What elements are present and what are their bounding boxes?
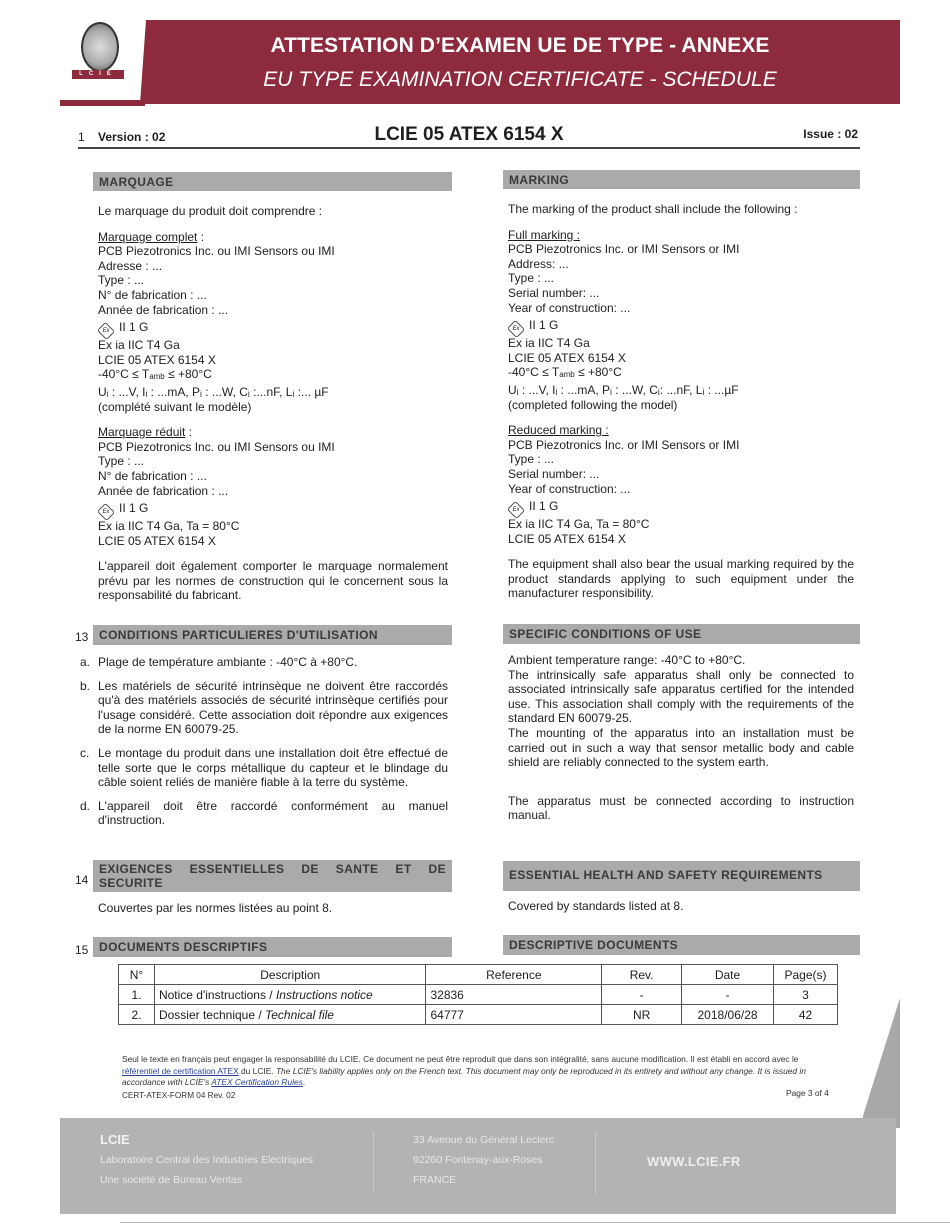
documents-table: N° Description Reference Rev. Date Page(… xyxy=(118,964,838,1025)
divider xyxy=(78,147,860,149)
header-accent xyxy=(60,100,145,106)
marking-fr: Le marquage du produit doit comprendre :… xyxy=(98,204,448,603)
title-en: EU TYPE EXAMINATION CERTIFICATE - SCHEDU… xyxy=(140,68,900,92)
footer-divider xyxy=(373,1132,374,1194)
section-number: 14 xyxy=(75,873,88,887)
page-curl xyxy=(860,998,900,1128)
section-heading-conditions-en: SPECIFIC CONDITIONS OF USE xyxy=(503,624,860,644)
section-heading-conditions-fr: CONDITIONS PARTICULIERES D'UTILISATION xyxy=(93,625,452,645)
section-heading-marking: MARKING xyxy=(503,170,860,189)
section-heading-requirements-en: ESSENTIAL HEALTH AND SAFETY REQUIREMENTS xyxy=(503,861,860,891)
table-row: 1. Notice d'instructions / Instructions … xyxy=(119,985,838,1005)
page-number: Page 3 of 4 xyxy=(786,1088,829,1098)
full-marking-title: Marquage complet xyxy=(98,230,197,244)
certificate-number: LCIE 05 ATEX 6154 X xyxy=(78,124,860,146)
disclaimer: Seul le texte en français peut engager l… xyxy=(122,1054,834,1089)
atex-rules-link[interactable]: ATEX Certification Rules xyxy=(211,1077,303,1087)
bureau-veritas-seal-icon xyxy=(81,22,119,72)
conditions-en: Ambient temperature range: -40°C to +80°… xyxy=(508,653,854,823)
list-item: a.Plage de température ambiante : -40°C … xyxy=(80,655,448,670)
line: Année de fabrication : ... xyxy=(98,303,448,318)
section-heading-requirements-fr: EXIGENCES ESSENTIELLES DE SANTE ET DE SE… xyxy=(93,860,452,892)
title-fr: ATTESTATION D’EXAMEN UE DE TYPE - ANNEXE xyxy=(140,34,900,58)
reduced-marking-title: Reduced marking : xyxy=(508,423,609,437)
logo-label: LCIE xyxy=(72,70,124,79)
section-number: 13 xyxy=(75,630,88,644)
website-link[interactable]: WWW.LCIE.FR xyxy=(647,1154,741,1169)
issue: Issue : 02 xyxy=(803,127,858,141)
requirements-fr: Couvertes par les normes listées au poin… xyxy=(98,901,448,916)
full-marking-title: Full marking : xyxy=(508,228,580,242)
lcie-logo: LCIE xyxy=(72,22,126,84)
atex-referential-link[interactable]: référentiel de certification ATEX xyxy=(122,1066,239,1076)
list-item: c.Le montage du produit dans une install… xyxy=(80,746,448,790)
list-item: d.L'appareil doit être raccordé conformé… xyxy=(80,799,448,828)
requirements-en: Covered by standards listed at 8. xyxy=(508,899,854,914)
section-heading-documents-fr: DOCUMENTS DESCRIPTIFS xyxy=(93,937,452,957)
line: N° de fabrication : ... xyxy=(98,288,448,303)
table-header: N° Description Reference Rev. Date Page(… xyxy=(119,965,838,985)
marking-en: The marking of the product shall include… xyxy=(508,202,854,601)
footer-divider xyxy=(595,1132,596,1194)
section-number: 15 xyxy=(75,943,88,957)
reduced-marking-title: Marquage réduit xyxy=(98,425,185,439)
line: Type : ... xyxy=(98,273,448,288)
form-id: CERT-ATEX-FORM 04 Rev. 02 xyxy=(122,1091,235,1100)
section-heading-documents-en: DESCRIPTIVE DOCUMENTS xyxy=(503,935,860,955)
footer-address: 33 Avenue du Général Leclerc 92260 Fonte… xyxy=(413,1130,554,1190)
section-heading-marquage: MARQUAGE xyxy=(93,172,452,191)
divider xyxy=(120,1222,950,1223)
table-row: 2. Dossier technique / Technical file 64… xyxy=(119,1005,838,1025)
list-item: b.Les matériels de sécurité intrinsèque … xyxy=(80,679,448,737)
intro: Le marquage du produit doit comprendre : xyxy=(98,204,448,219)
line: PCB Piezotronics Inc. ou IMI Sensors ou … xyxy=(98,244,448,259)
conditions-fr: a.Plage de température ambiante : -40°C … xyxy=(80,655,448,837)
footer-org: LCIE Laboratoire Central des Industries … xyxy=(100,1130,313,1190)
line: Adresse : ... xyxy=(98,259,448,274)
